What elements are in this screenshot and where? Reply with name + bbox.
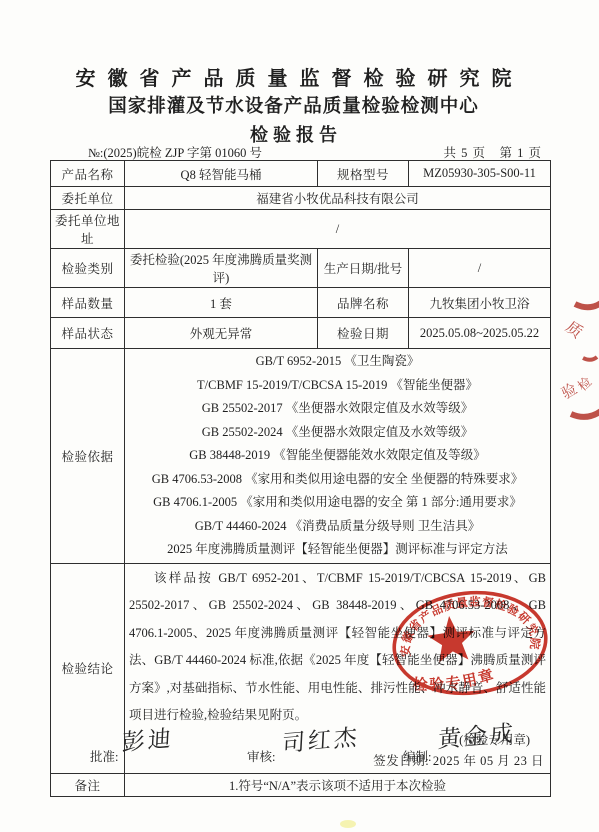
approve-label: 批准: (90, 747, 118, 765)
conclusion-paragraph: 该样品按 GB/T 6952-201、T/CBMF 15-2019/T/CBCS… (129, 565, 546, 730)
table-row: 样品状态 外观无异常 检验日期 2025.05.08~2025.05.22 (51, 318, 551, 349)
inspection-type-value: 委托检验(2025 年度沸腾质量奖测评) (125, 249, 318, 288)
prepare-signature: 黄金成 (437, 714, 516, 754)
inspection-date-label: 检验日期 (318, 318, 409, 349)
report-page: 安徽省产品质量监督检验研究院 国家排灌及节水设备产品质量检验检测中心 检验报告 … (0, 0, 599, 832)
report-header: 安徽省产品质量监督检验研究院 国家排灌及节水设备产品质量检验检测中心 检验报告 (0, 64, 593, 148)
basis-value: GB/T 6952-2015 《卫生陶瓷》 T/CBMF 15-2019/T/C… (125, 349, 551, 564)
client-label: 委托单位 (51, 187, 125, 210)
basis-line: GB/T 6952-2015 《卫生陶瓷》 (129, 350, 546, 374)
review-signature: 司红杰 (281, 718, 360, 758)
approve-signature: 彭迪 (121, 720, 175, 758)
inspection-date-value: 2025.05.08~2025.05.22 (409, 318, 551, 349)
sample-state-label: 样品状态 (51, 318, 125, 349)
table-row: 委托单位 福建省小牧优品科技有限公司 (51, 187, 551, 210)
table-row: 产品名称 Q8 轻智能马桶 规格型号 MZ05930-305-S00-11 (51, 161, 551, 187)
client-address-value: / (125, 210, 551, 249)
product-name-label: 产品名称 (51, 161, 125, 187)
client-value: 福建省小牧优品科技有限公司 (125, 187, 551, 210)
production-date-value: / (409, 249, 551, 288)
sample-qty-value: 1 套 (125, 288, 318, 318)
table-row: 委托单位地址 / (51, 210, 551, 249)
sample-qty-label: 样品数量 (51, 288, 125, 318)
report-table: 产品名称 Q8 轻智能马桶 规格型号 MZ05930-305-S00-11 委托… (50, 160, 551, 797)
basis-line: GB 25502-2017 《坐便器水效限定值及水效等级》 (129, 397, 546, 421)
table-row-basis: 检验依据 GB/T 6952-2015 《卫生陶瓷》 T/CBMF 15-201… (51, 349, 551, 564)
edge-seal-char: 质 (562, 318, 586, 342)
table-row: 样品数量 1 套 品牌名称 九牧集团小牧卫浴 (51, 288, 551, 318)
spec-model-value: MZ05930-305-S00-11 (409, 161, 551, 187)
basis-line: T/CBMF 15-2019/T/CBCSA 15-2019 《智能坐便器》 (129, 374, 546, 398)
basis-line: GB 38448-2019 《智能坐便器能效水效限定值及等级》 (129, 444, 546, 468)
signature-row: 批准: 彭迪 审核: 司红杰 编制: 黄金成 (0, 718, 599, 788)
production-date-label: 生产日期/批号 (318, 249, 409, 288)
basis-line: 2025 年度沸腾质量测评【轻智能坐便器】测评标准与评定方法 (129, 538, 546, 562)
edge-seal-arc (571, 411, 599, 417)
basis-line: GB/T 44460-2024 《消费品质量分级导则 卫生洁具》 (129, 515, 546, 539)
spec-model-label: 规格型号 (318, 161, 409, 187)
brand-value: 九牧集团小牧卫浴 (409, 288, 551, 318)
basis-line: GB 4706.1-2005 《家用和类似用途电器的安全 第 1 部分:通用要求… (129, 491, 546, 515)
center-title: 国家排灌及节水设备产品质量检验检测中心 (0, 94, 593, 121)
product-name-value: Q8 轻智能马桶 (125, 161, 318, 187)
inspection-type-label: 检验类别 (51, 249, 125, 288)
paper-smudge (340, 820, 356, 828)
edge-seal-fragment: 质 验 检 (557, 278, 599, 436)
brand-label: 品牌名称 (318, 288, 409, 318)
sample-state-value: 外观无异常 (125, 318, 318, 349)
table-row: 检验类别 委托检验(2025 年度沸腾质量奖测评) 生产日期/批号 / (51, 249, 551, 288)
basis-label: 检验依据 (51, 349, 125, 564)
report-number: №:(2025)皖检 ZJP 字第 01060 号 (88, 143, 262, 161)
edge-seal-char: 验 (559, 380, 581, 402)
edge-seal-arc (575, 303, 599, 307)
basis-line: GB 25502-2024 《坐便器水效限定值及水效等级》 (129, 421, 546, 445)
edge-seal-mark (583, 357, 597, 360)
institute-title: 安徽省产品质量监督检验研究院 (0, 64, 593, 94)
client-address-label: 委托单位地址 (51, 210, 125, 249)
prepare-label: 编制: (403, 747, 431, 765)
review-label: 审核: (247, 747, 275, 765)
page-indicator: 共 5 页 第 1 页 (443, 143, 542, 161)
basis-line: GB 4706.53-2008 《家用和类似用途电器的安全 坐便器的特殊要求》 (129, 468, 546, 492)
edge-seal-char: 检 (575, 374, 595, 394)
